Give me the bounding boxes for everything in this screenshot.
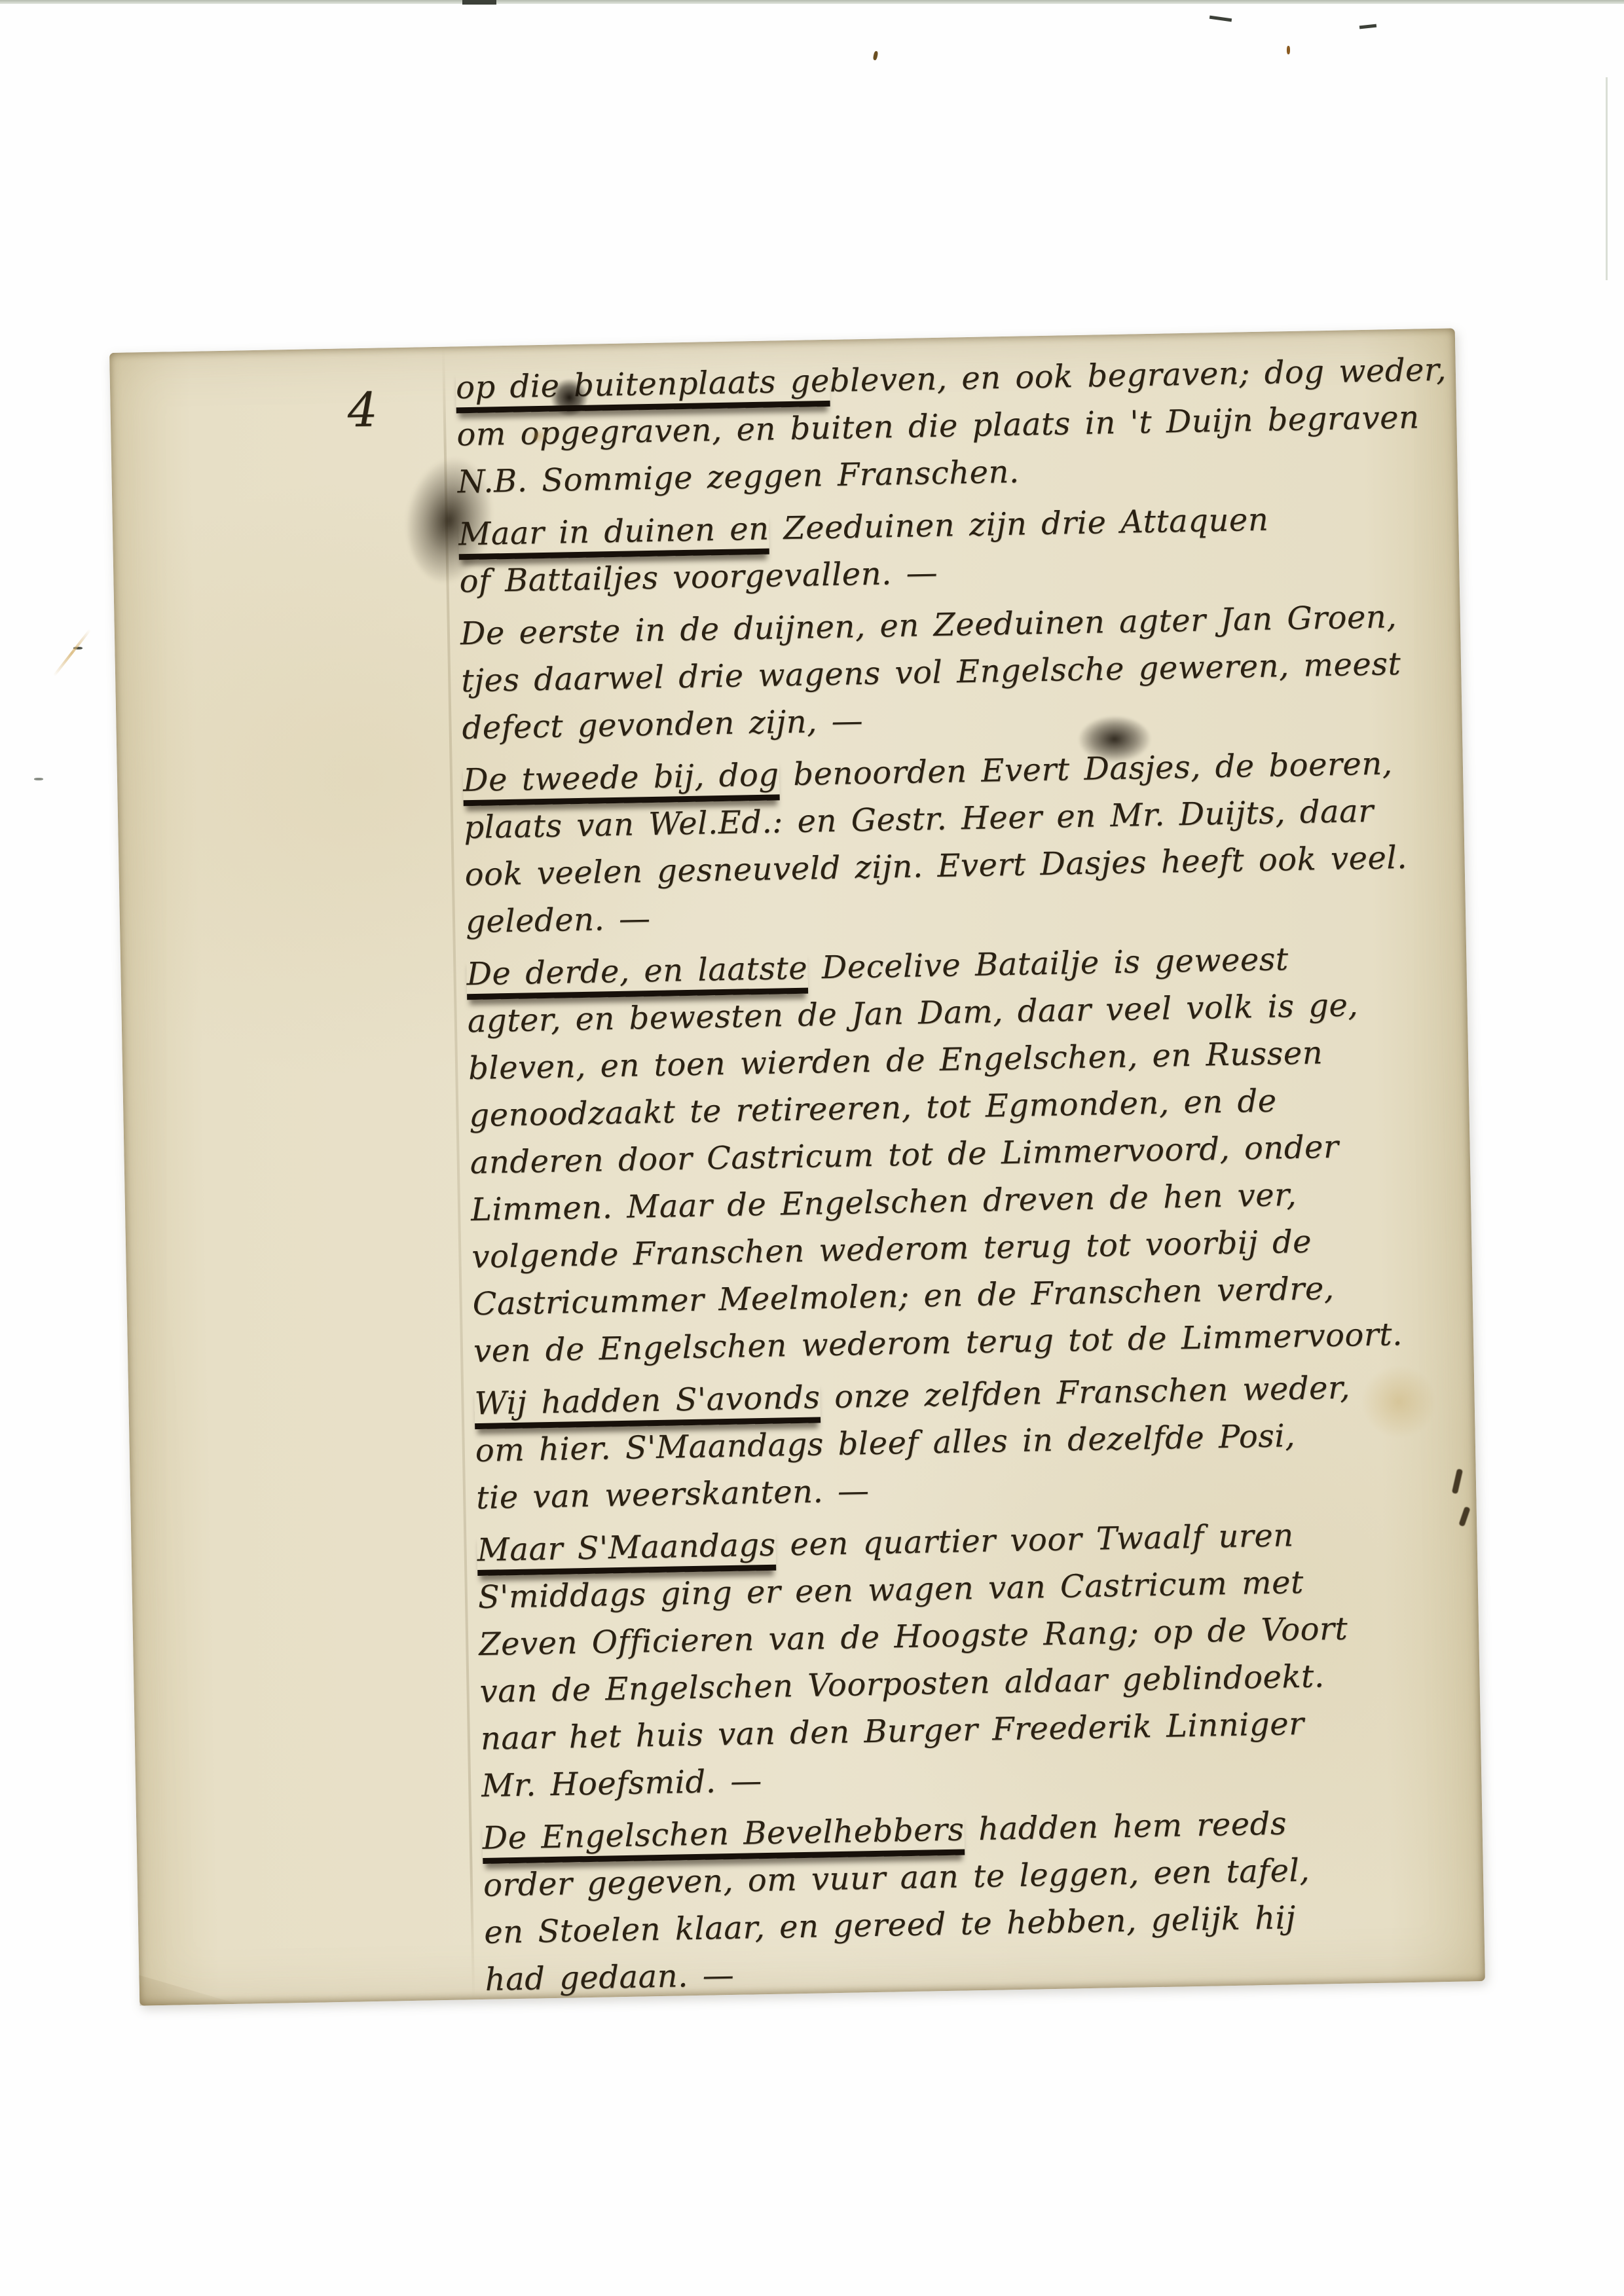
scanner-edge-line [0,0,1624,4]
scanner-speck [873,51,879,61]
scanner-speck [1209,16,1232,22]
scanner-speck [462,0,496,5]
page-number: 4 [347,382,378,438]
paragraph: De Engelschen Bevelhebbers hadden hem re… [482,1796,1480,2003]
scanner-speck [34,778,43,780]
paragraph: Maar S'Maandags een quartier voor Twaalf… [477,1508,1477,1810]
manuscript-page: 4 op die buitenplaats gebleven, en ook b… [109,328,1485,2005]
paragraph: op die buitenplaats gebleven, en ook beg… [455,346,1452,506]
scan-background: 4 op die buitenplaats gebleven, en ook b… [0,0,1624,2296]
paragraph: De derde, en laatste Decelive Batailje i… [466,932,1469,1375]
paragraph: Maar in duinen en Zeeduinen zijn drie At… [458,492,1454,605]
scanner-scratch [53,629,92,676]
scanner-edge-line [1606,77,1608,280]
paragraph: De tweede bij, dog benoorden Evert Dasje… [462,738,1460,945]
underlined-phrase: Maar S'Maandags [477,1527,776,1576]
scanner-speck [1359,24,1376,29]
scanner-speck [1287,46,1290,54]
paragraph: De eerste in de duijnen, en Zeeduinen ag… [460,592,1457,752]
manuscript-text: op die buitenplaats gebleven, en ook beg… [455,329,1480,2003]
paragraph: Wij hadden S'avonds onze zelfden Fransch… [474,1362,1471,1522]
